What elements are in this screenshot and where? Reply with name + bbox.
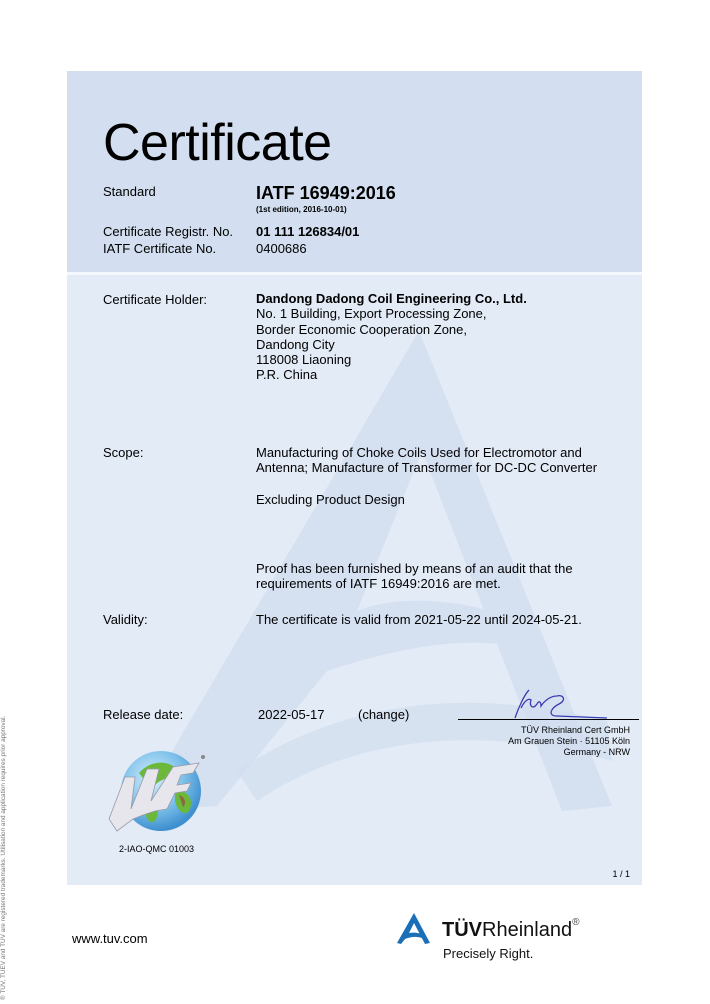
registered-mark: ® (572, 917, 579, 928)
issuer-line: Am Grauen Stein · 51105 Köln (508, 736, 630, 747)
validity-value: The certificate is valid from 2021-05-22… (256, 612, 582, 627)
proof-line: Proof has been furnished by means of an … (256, 561, 573, 576)
release-note: (change) (358, 707, 409, 722)
holder-name: Dandong Dadong Coil Engineering Co., Ltd… (256, 291, 527, 306)
tuv-brand-rest: Rheinland (482, 919, 572, 941)
standard-label: Standard (103, 184, 156, 199)
holder-address-line: P.R. China (256, 367, 527, 382)
release-label: Release date: (103, 707, 183, 722)
tuv-brand: TÜVRheinland® (442, 919, 579, 942)
trademark-notice: ® TÜV, TUEV and TUV are registered trade… (0, 660, 7, 1000)
scope-exclusion: Excluding Product Design (256, 492, 405, 507)
certificate-title: Certificate (103, 113, 332, 173)
release-value: 2022-05-17 (258, 707, 325, 722)
tuv-tagline: Precisely Right. (443, 946, 533, 961)
standard-value: IATF 16949:2016 (256, 183, 396, 204)
page-number: 1 / 1 (612, 869, 630, 879)
validity-label: Validity: (103, 612, 148, 627)
iatf-globe-logo (103, 739, 211, 839)
tuv-triangle-logo (396, 911, 432, 947)
issuer-line: TÜV Rheinland Cert GmbH (508, 725, 630, 736)
scope-block: Manufacturing of Choke Coils Used for El… (256, 445, 597, 476)
signature-icon (507, 686, 607, 722)
scope-line: Antenna; Manufacture of Transformer for … (256, 460, 597, 475)
website-link[interactable]: www.tuv.com (72, 931, 148, 946)
proof-line: requirements of IATF 16949:2016 are met. (256, 576, 573, 591)
registr-value: 01 111 126834/01 (256, 224, 359, 239)
holder-address-line: Dandong City (256, 337, 527, 352)
signature-line (458, 719, 639, 720)
holder-address-line: 118008 Liaoning (256, 352, 527, 367)
scope-line: Manufacturing of Choke Coils Used for El… (256, 445, 597, 460)
scope-label: Scope: (103, 445, 143, 460)
registr-label: Certificate Registr. No. (103, 224, 233, 239)
iatf-no-label: IATF Certificate No. (103, 241, 216, 256)
iatf-code: 2-IAO-QMC 01003 (119, 844, 194, 854)
proof-block: Proof has been furnished by means of an … (256, 561, 573, 592)
holder-block: Dandong Dadong Coil Engineering Co., Ltd… (256, 291, 527, 383)
holder-label: Certificate Holder: (103, 292, 207, 307)
tuv-brand-bold: TÜV (442, 919, 482, 941)
iatf-no-value: 0400686 (256, 241, 307, 256)
standard-edition: (1st edition, 2016-10-01) (256, 205, 347, 214)
certificate-panel: Certificate Standard IATF 16949:2016 (1s… (67, 71, 642, 885)
issuer-address: TÜV Rheinland Cert GmbH Am Grauen Stein … (508, 725, 630, 758)
holder-address-line: No. 1 Building, Export Processing Zone, (256, 306, 527, 321)
holder-address-line: Border Economic Cooperation Zone, (256, 322, 527, 337)
issuer-line: Germany - NRW (508, 747, 630, 758)
